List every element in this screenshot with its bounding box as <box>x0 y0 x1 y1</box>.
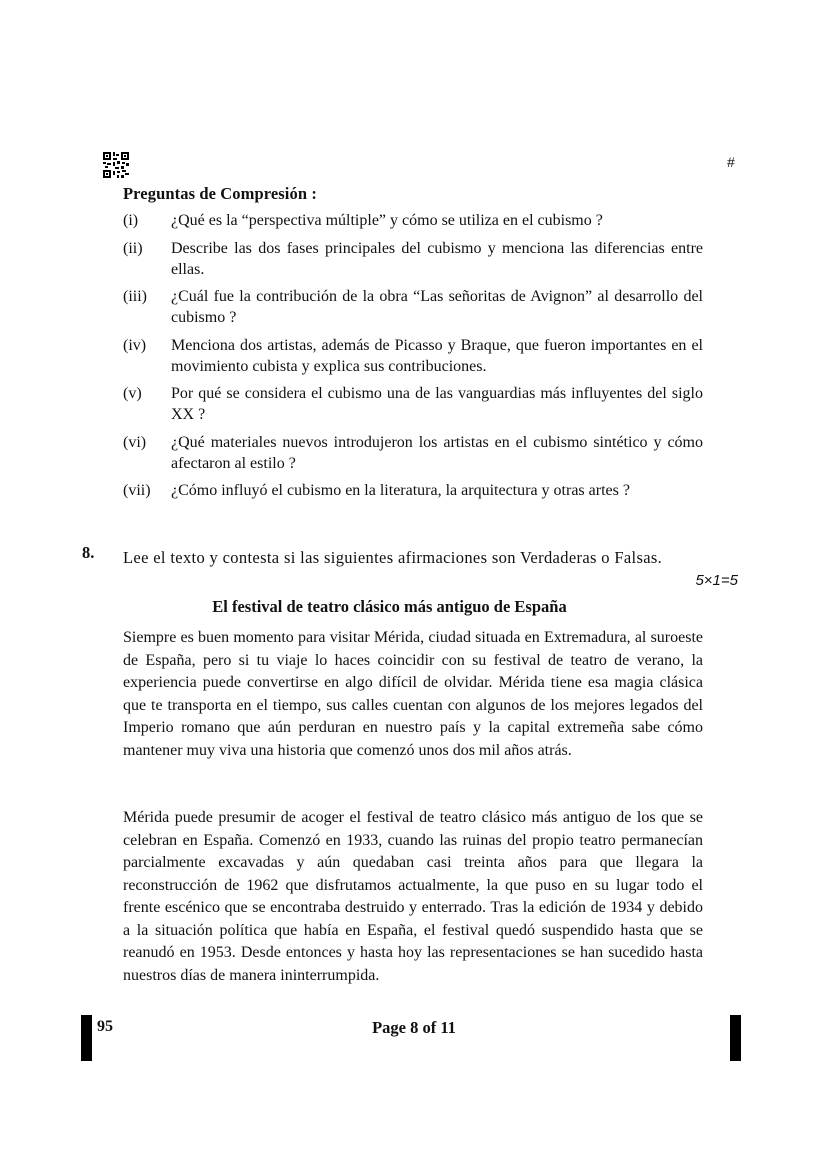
section-heading: Preguntas de Compresión : <box>123 184 317 204</box>
list-item: (vi) ¿Qué materiales nuevos introdujeron… <box>123 432 703 474</box>
paper-code: 95 <box>97 1018 113 1036</box>
question-text: ¿Qué es la “perspectiva múltiple” y cómo… <box>171 210 703 231</box>
question-label: (v) <box>123 383 171 425</box>
question-text: Menciona dos artistas, además de Picasso… <box>171 335 703 377</box>
footer-bar-left <box>81 1015 92 1061</box>
list-item: (iii) ¿Cuál fue la contribución de la ob… <box>123 286 703 328</box>
question-text: Por qué se considera el cubismo una de l… <box>171 383 703 425</box>
list-item: (ii) Describe las dos fases principales … <box>123 238 703 280</box>
passage-title: El festival de teatro clásico más antigu… <box>123 597 656 617</box>
question-text: Describe las dos fases principales del c… <box>171 238 703 280</box>
question-label: (ii) <box>123 238 171 280</box>
marks-allocation: 5×1=5 <box>680 572 738 589</box>
list-item: (i) ¿Qué es la “perspectiva múltiple” y … <box>123 210 703 231</box>
passage-paragraph: Siempre es buen momento para visitar Mér… <box>123 627 703 762</box>
question-list: (i) ¿Qué es la “perspectiva múltiple” y … <box>123 210 703 508</box>
qr-code-icon <box>103 152 129 178</box>
list-item: (vii) ¿Cómo influyó el cubismo en la lit… <box>123 480 703 501</box>
footer-bar-right <box>730 1015 741 1061</box>
question-instruction: Lee el texto y contesta si las siguiente… <box>123 543 703 572</box>
list-item: (iv) Menciona dos artistas, además de Pi… <box>123 335 703 377</box>
question-label: (iv) <box>123 335 171 377</box>
page-marker: # <box>727 154 735 170</box>
passage-paragraph: Mérida puede presumir de acoger el festi… <box>123 807 703 987</box>
question-text: ¿Qué materiales nuevos introdujeron los … <box>171 432 703 474</box>
question-label: (i) <box>123 210 171 231</box>
question-label: (vi) <box>123 432 171 474</box>
question-text: ¿Cómo influyó el cubismo en la literatur… <box>171 480 703 501</box>
question-label: (iii) <box>123 286 171 328</box>
question-text: ¿Cuál fue la contribución de la obra “La… <box>171 286 703 328</box>
question-number: 8. <box>82 543 94 563</box>
list-item: (v) Por qué se considera el cubismo una … <box>123 383 703 425</box>
question-label: (vii) <box>123 480 171 501</box>
page-number: Page 8 of 11 <box>314 1018 514 1038</box>
